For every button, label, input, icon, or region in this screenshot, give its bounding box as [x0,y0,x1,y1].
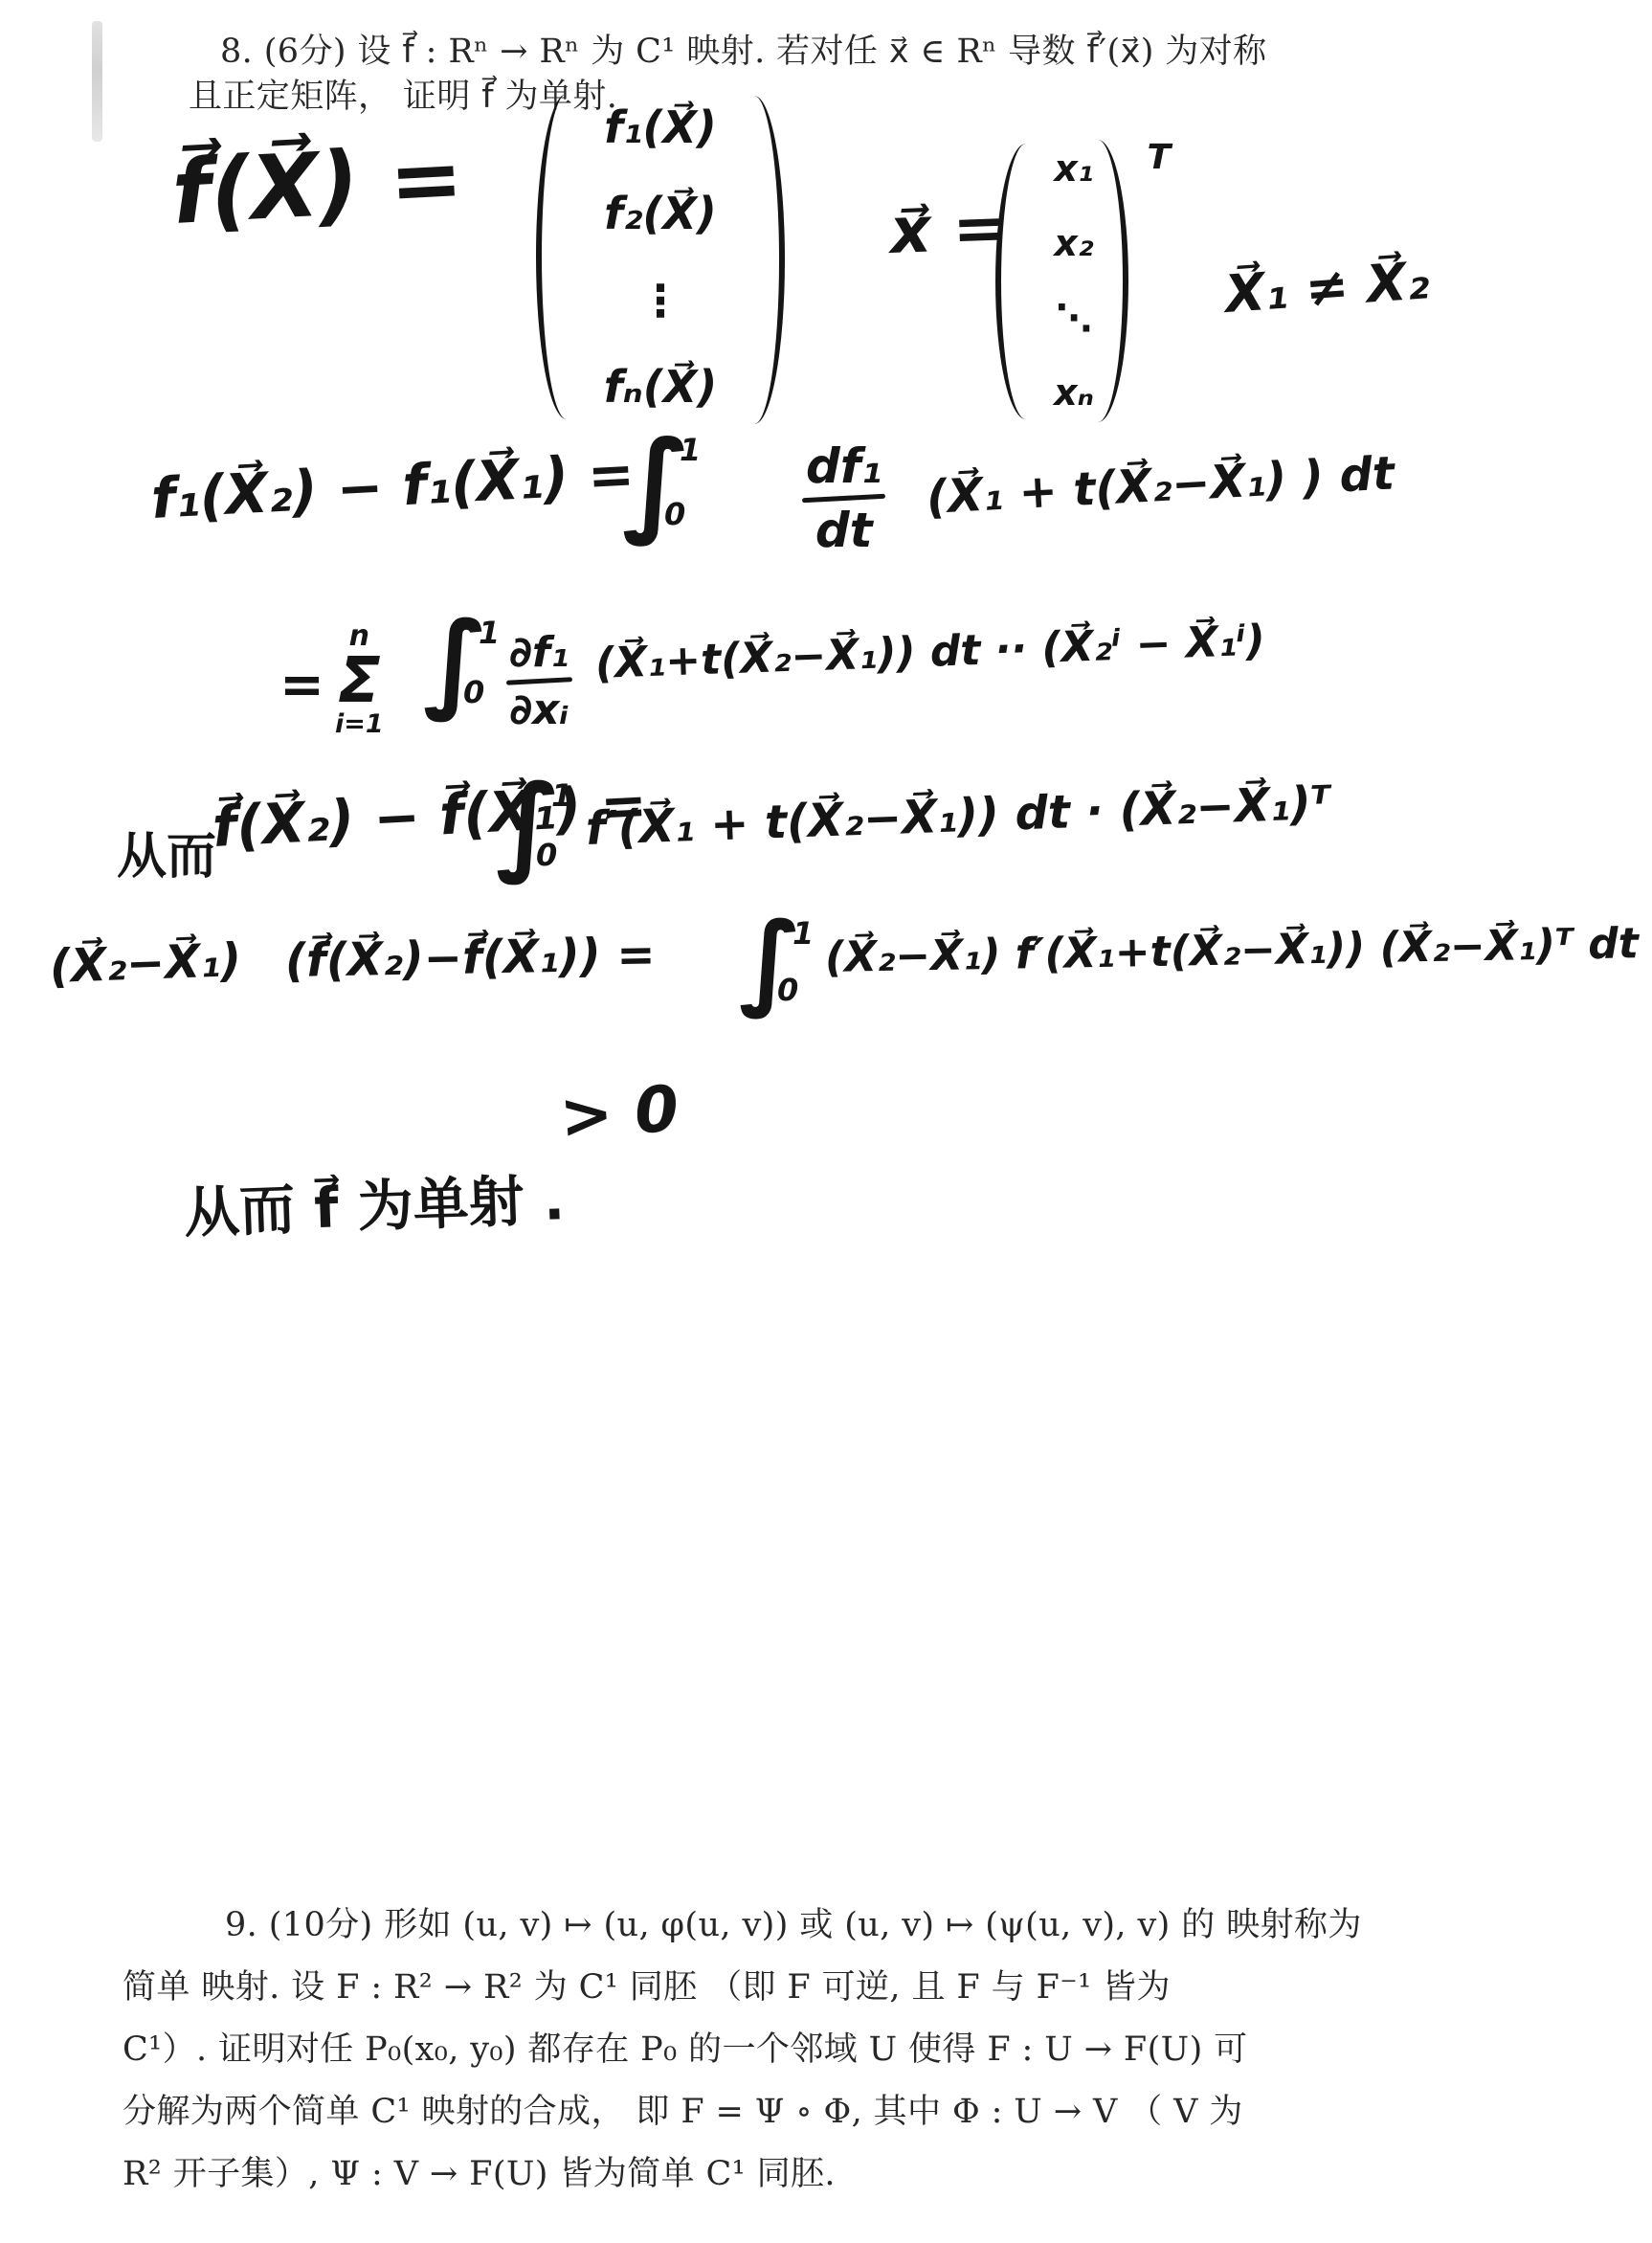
big-paren-right [754,96,785,424]
hw-greater-than-zero: > 0 [557,1071,681,1153]
integral-upper-bound: 1 [551,777,572,814]
hw-lineD-rhs: f′(X⃗₁ + t(X⃗₂−X⃗₁)) dt · (X⃗₂−X⃗₁)ᵀ [585,776,1331,856]
integral-0-1: ∫ 1 0 [622,436,691,528]
transpose-superscript: T [1147,138,1171,177]
integral-upper-bound: 1 [793,915,814,952]
diagonal-dots: ⋱ [1056,297,1092,339]
hw-column-vector-x: x₁ x₂ ⋱ xₙ T [995,140,1153,422]
vertical-dots: ⋮ [638,275,682,326]
hw-conclusion-injective: 从而 f⃗ 为单射 . [183,1155,567,1248]
hw-x-vector-lhs: x⃗ = [889,191,1007,268]
fraction-bar [802,494,886,504]
integral-lower-bound: 0 [463,674,484,710]
fraction-numerator: df₁ [806,438,882,494]
fraction-partial-f1-xi: ∂f₁ ∂xᵢ [509,628,569,734]
integral-0-1: ∫ 1 0 [739,919,802,1004]
fraction-bar [506,677,572,685]
fraction-numerator: ∂f₁ [509,628,569,677]
hw-column-vector-f: f₁(X⃗) f₂(X⃗) ⋮ fₙ(X⃗) [536,94,785,424]
scan-artifact [92,21,102,142]
vector-entry: f₂(X⃗) [604,188,717,239]
vector-entry: x₂ [1054,222,1093,264]
integral-0-1: ∫ 1 0 [423,618,488,707]
problem9-line5: R² 开子集）, Ψ : V → F(U) 皆为简单 C¹ 同胚. [123,2147,836,2195]
hw-lineD-lhs: f⃗(X⃗₂) − f⃗(X⃗₁) = [211,772,648,860]
big-paren-left [536,94,567,419]
hw-lineE-lhs1: (X⃗₂−X⃗₁) [49,933,242,994]
problem8-line1: 8. (6分) 设 f⃗ : Rⁿ → Rⁿ 为 C¹ 映射. 若对任 x⃗ ∈… [220,25,1266,73]
integral-0-1: ∫ 1 0 [496,781,561,869]
vector-entry: f₁(X⃗) [604,101,717,153]
big-paren-right [1098,140,1128,422]
fraction-df1-dt: df₁ dt [806,438,882,558]
integral-lower-bound: 0 [664,496,685,532]
summation-i-1-n: n Σ i=1 [335,622,384,737]
hw-lineE-rhs: (X⃗₂−X⃗₁) f′(X⃗₁+t(X⃗₂−X⃗₁)) (X⃗₂−X⃗₁)ᵀ … [825,919,1640,982]
hw-lineC-rhs: (X⃗₁+t(X⃗₂−X⃗₁)) dt ·· (X⃗₂ⁱ − X⃗₁ⁱ) [594,617,1265,688]
hw-x1-neq-x2: X⃗₁ ≠ X⃗₂ [1223,250,1431,325]
vector-entry: fₙ(X⃗) [604,361,717,413]
problem9-line4: 分解为两个简单 C¹ 映射的合成， 即 F = Ψ ∘ Φ, 其中 Φ : U … [123,2085,1243,2133]
fraction-denominator: dt [815,503,873,558]
hw-lineC-equals: = [279,654,324,716]
scanned-exam-page: 8. (6分) 设 f⃗ : Rⁿ → Rⁿ 为 C¹ 映射. 若对任 x⃗ ∈… [0,0,1652,2243]
problem9-line1: 9. (10分) 形如 (u, v) ↦ (u, φ(u, v)) 或 (u, … [225,1898,1362,1946]
vector-entry: x₁ [1054,147,1093,190]
integral-lower-bound: 0 [777,972,798,1008]
problem9-line3: C¹）. 证明对任 P₀(x₀, y₀) 都存在 P₀ 的一个邻域 U 使得 F… [123,2023,1248,2071]
big-paren-left [995,144,1026,419]
problem9-line2: 简单 映射. 设 F : R² → R² 为 C¹ 同胚 （即 F 可逆, 且 … [123,1961,1171,2008]
integral-lower-bound: 0 [536,837,557,873]
hw-therefore-label: 从而 [117,816,216,887]
hw-lineB-rhs: (X⃗₁ + t(X⃗₂−X⃗₁) ) dt [926,446,1396,525]
sum-sign: Σ [338,651,381,711]
hw-map-definition-lhs: f⃗(X⃗) = [169,126,465,244]
fraction-denominator: ∂xᵢ [509,685,569,734]
hw-lineE-lhs2: (f⃗(X⃗₂)−f⃗(X⃗₁)) = [285,928,657,988]
integral-upper-bound: 1 [680,432,701,468]
column-entries: f₁(X⃗) f₂(X⃗) ⋮ fₙ(X⃗) [574,101,747,413]
vector-entry: xₙ [1054,371,1094,414]
integral-upper-bound: 1 [479,615,500,651]
hw-lineB-lhs: f₁(X⃗₂) − f₁(X⃗₁) = [149,441,636,531]
sum-lower-limit: i=1 [335,711,384,737]
